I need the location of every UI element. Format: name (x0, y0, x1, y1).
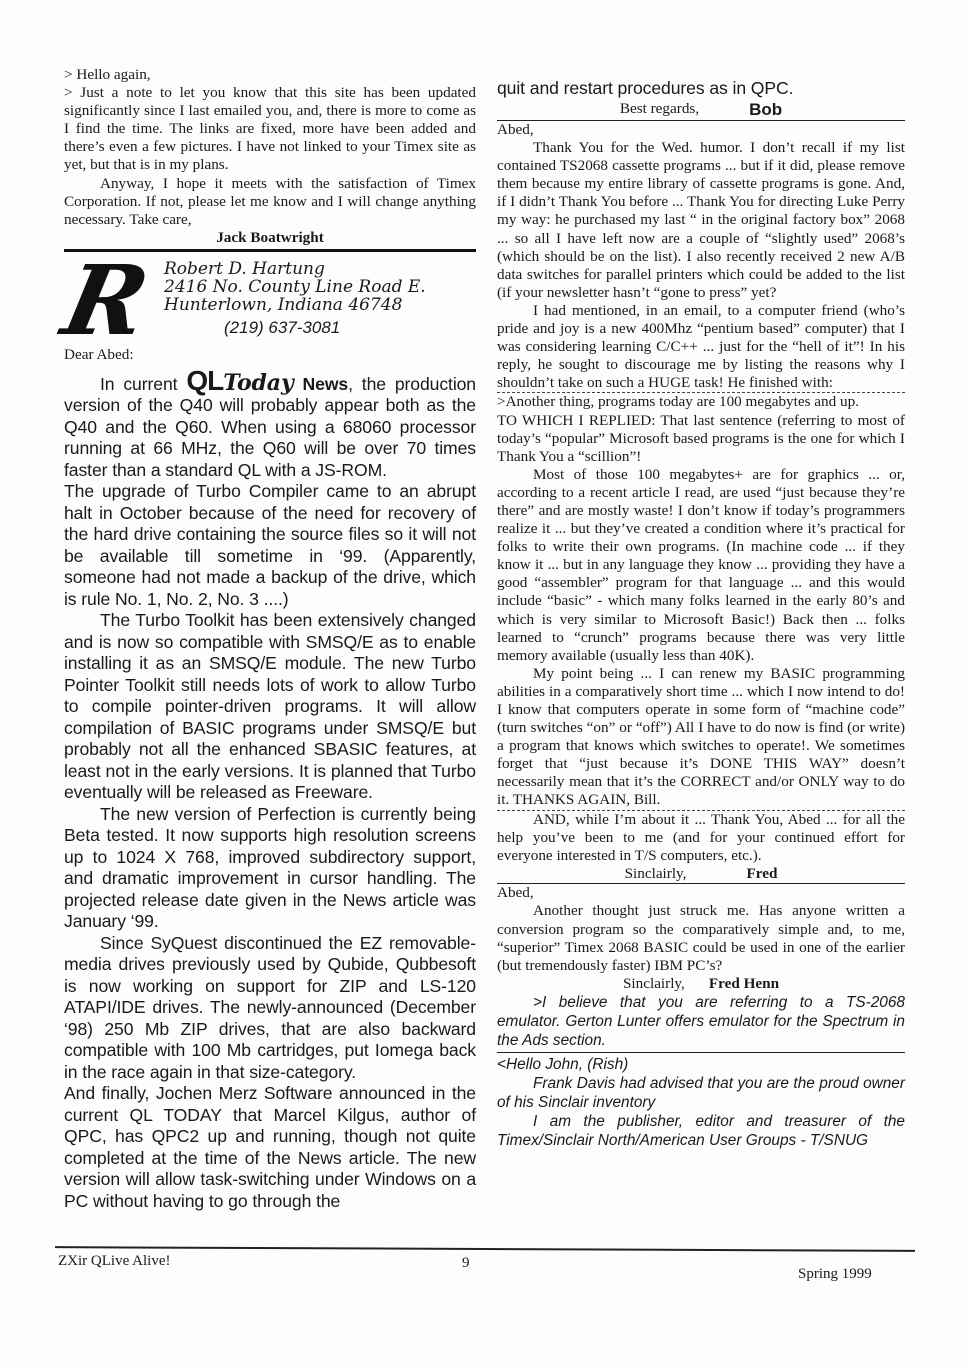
letterhead-phone: (219) 637-3081 (224, 318, 340, 338)
email-closing-line: Sinclairly, Fred (497, 865, 905, 883)
email-paragraph: My point being ... I can renew my BASIC … (497, 665, 905, 810)
email-closing-line: Sinclairly, Fred Henn (497, 975, 905, 993)
email-salutation: Abed, (497, 121, 905, 139)
letterhead-name: Robert D. Hartung (164, 260, 426, 278)
letterhead-address-line2: Hunterlown, Indiana 46748 (164, 296, 426, 314)
footer-rule (55, 1246, 915, 1251)
email-paragraph: I had mentioned, in an email, to a compu… (497, 302, 905, 392)
letter-closing: Best regards, (620, 100, 699, 120)
letterhead-address-block: Robert D. Hartung 2416 No. County Line R… (164, 260, 426, 314)
letter-paragraph-perfection: The new version of Perfection is current… (64, 804, 476, 933)
email-paragraph: AND, while I’m about it ... Thank You, A… (497, 811, 905, 865)
letter-continuation: quit and restart procedures as in QPC. (497, 78, 905, 100)
note-greeting: <Hello John, (Rish) (497, 1055, 905, 1074)
email-signature: Fred (746, 865, 777, 883)
letterhead-address-line1: 2416 No. County Line Road E. (164, 278, 426, 296)
email-closing: Sinclairly, (625, 865, 687, 883)
letter-signature: Bob (749, 100, 782, 120)
footer-publication: ZXir QLive Alive! (58, 1253, 170, 1270)
newsletter-page: > Hello again, > Just a note to let you … (0, 0, 970, 1371)
email-greeting: > Hello again, (64, 66, 476, 84)
email-paragraph: Anyway, I hope it meets with the satisfa… (64, 175, 476, 229)
email-salutation: Abed, (497, 884, 905, 902)
left-column: > Hello again, > Just a note to let you … (64, 66, 476, 1212)
section-divider (497, 1052, 905, 1054)
email-paragraph: Thank You for the Wed. humor. I don’t re… (497, 139, 905, 302)
footer-issue: Spring 1999 (798, 1266, 872, 1283)
letter-closing-line: Best regards, Bob (497, 100, 905, 120)
right-column: quit and restart procedures as in QPC. B… (497, 78, 905, 1150)
ql-today-logo-today: Today (223, 370, 293, 396)
ql-today-logo-ql: QL (186, 365, 223, 396)
email-closing: Sinclairly, (623, 975, 685, 993)
monogram-logo: R (54, 244, 158, 357)
note-paragraph: I am the publisher, editor and treasurer… (497, 1112, 905, 1150)
intro-text: In current (100, 374, 186, 394)
email-paragraph: Another thought just struck me. Has anyo… (497, 902, 905, 974)
editor-reply: >I believe that you are referring to a T… (497, 993, 905, 1050)
note-paragraph: Frank Davis had advised that you are the… (497, 1074, 905, 1112)
email-signature: Fred Henn (709, 975, 779, 993)
letter-intro-paragraph: In current QLToday News, the production … (64, 370, 476, 482)
reply-text: TO WHICH I REPLIED: That last sentence (… (497, 412, 905, 466)
email-paragraph: > Just a note to let you know that this … (64, 84, 476, 174)
quoted-text: >Another thing, programs today are 100 m… (497, 393, 905, 411)
news-label: News (294, 374, 348, 394)
letterhead: R Robert D. Hartung 2416 No. County Line… (64, 256, 476, 344)
letter-paragraph-turbo-compiler: The upgrade of Turbo Compiler came to an… (64, 481, 476, 610)
letter-paragraph-syquest: Since SyQuest discontinued the EZ remova… (64, 933, 476, 1084)
letter-paragraph-qpc: And finally, Jochen Merz Software announ… (64, 1083, 476, 1212)
email-paragraph: Most of those 100 megabytes+ are for gra… (497, 466, 905, 665)
footer-page-number: 9 (462, 1255, 470, 1272)
letter-paragraph-turbo-toolkit: The Turbo Toolkit has been extensively c… (64, 610, 476, 804)
